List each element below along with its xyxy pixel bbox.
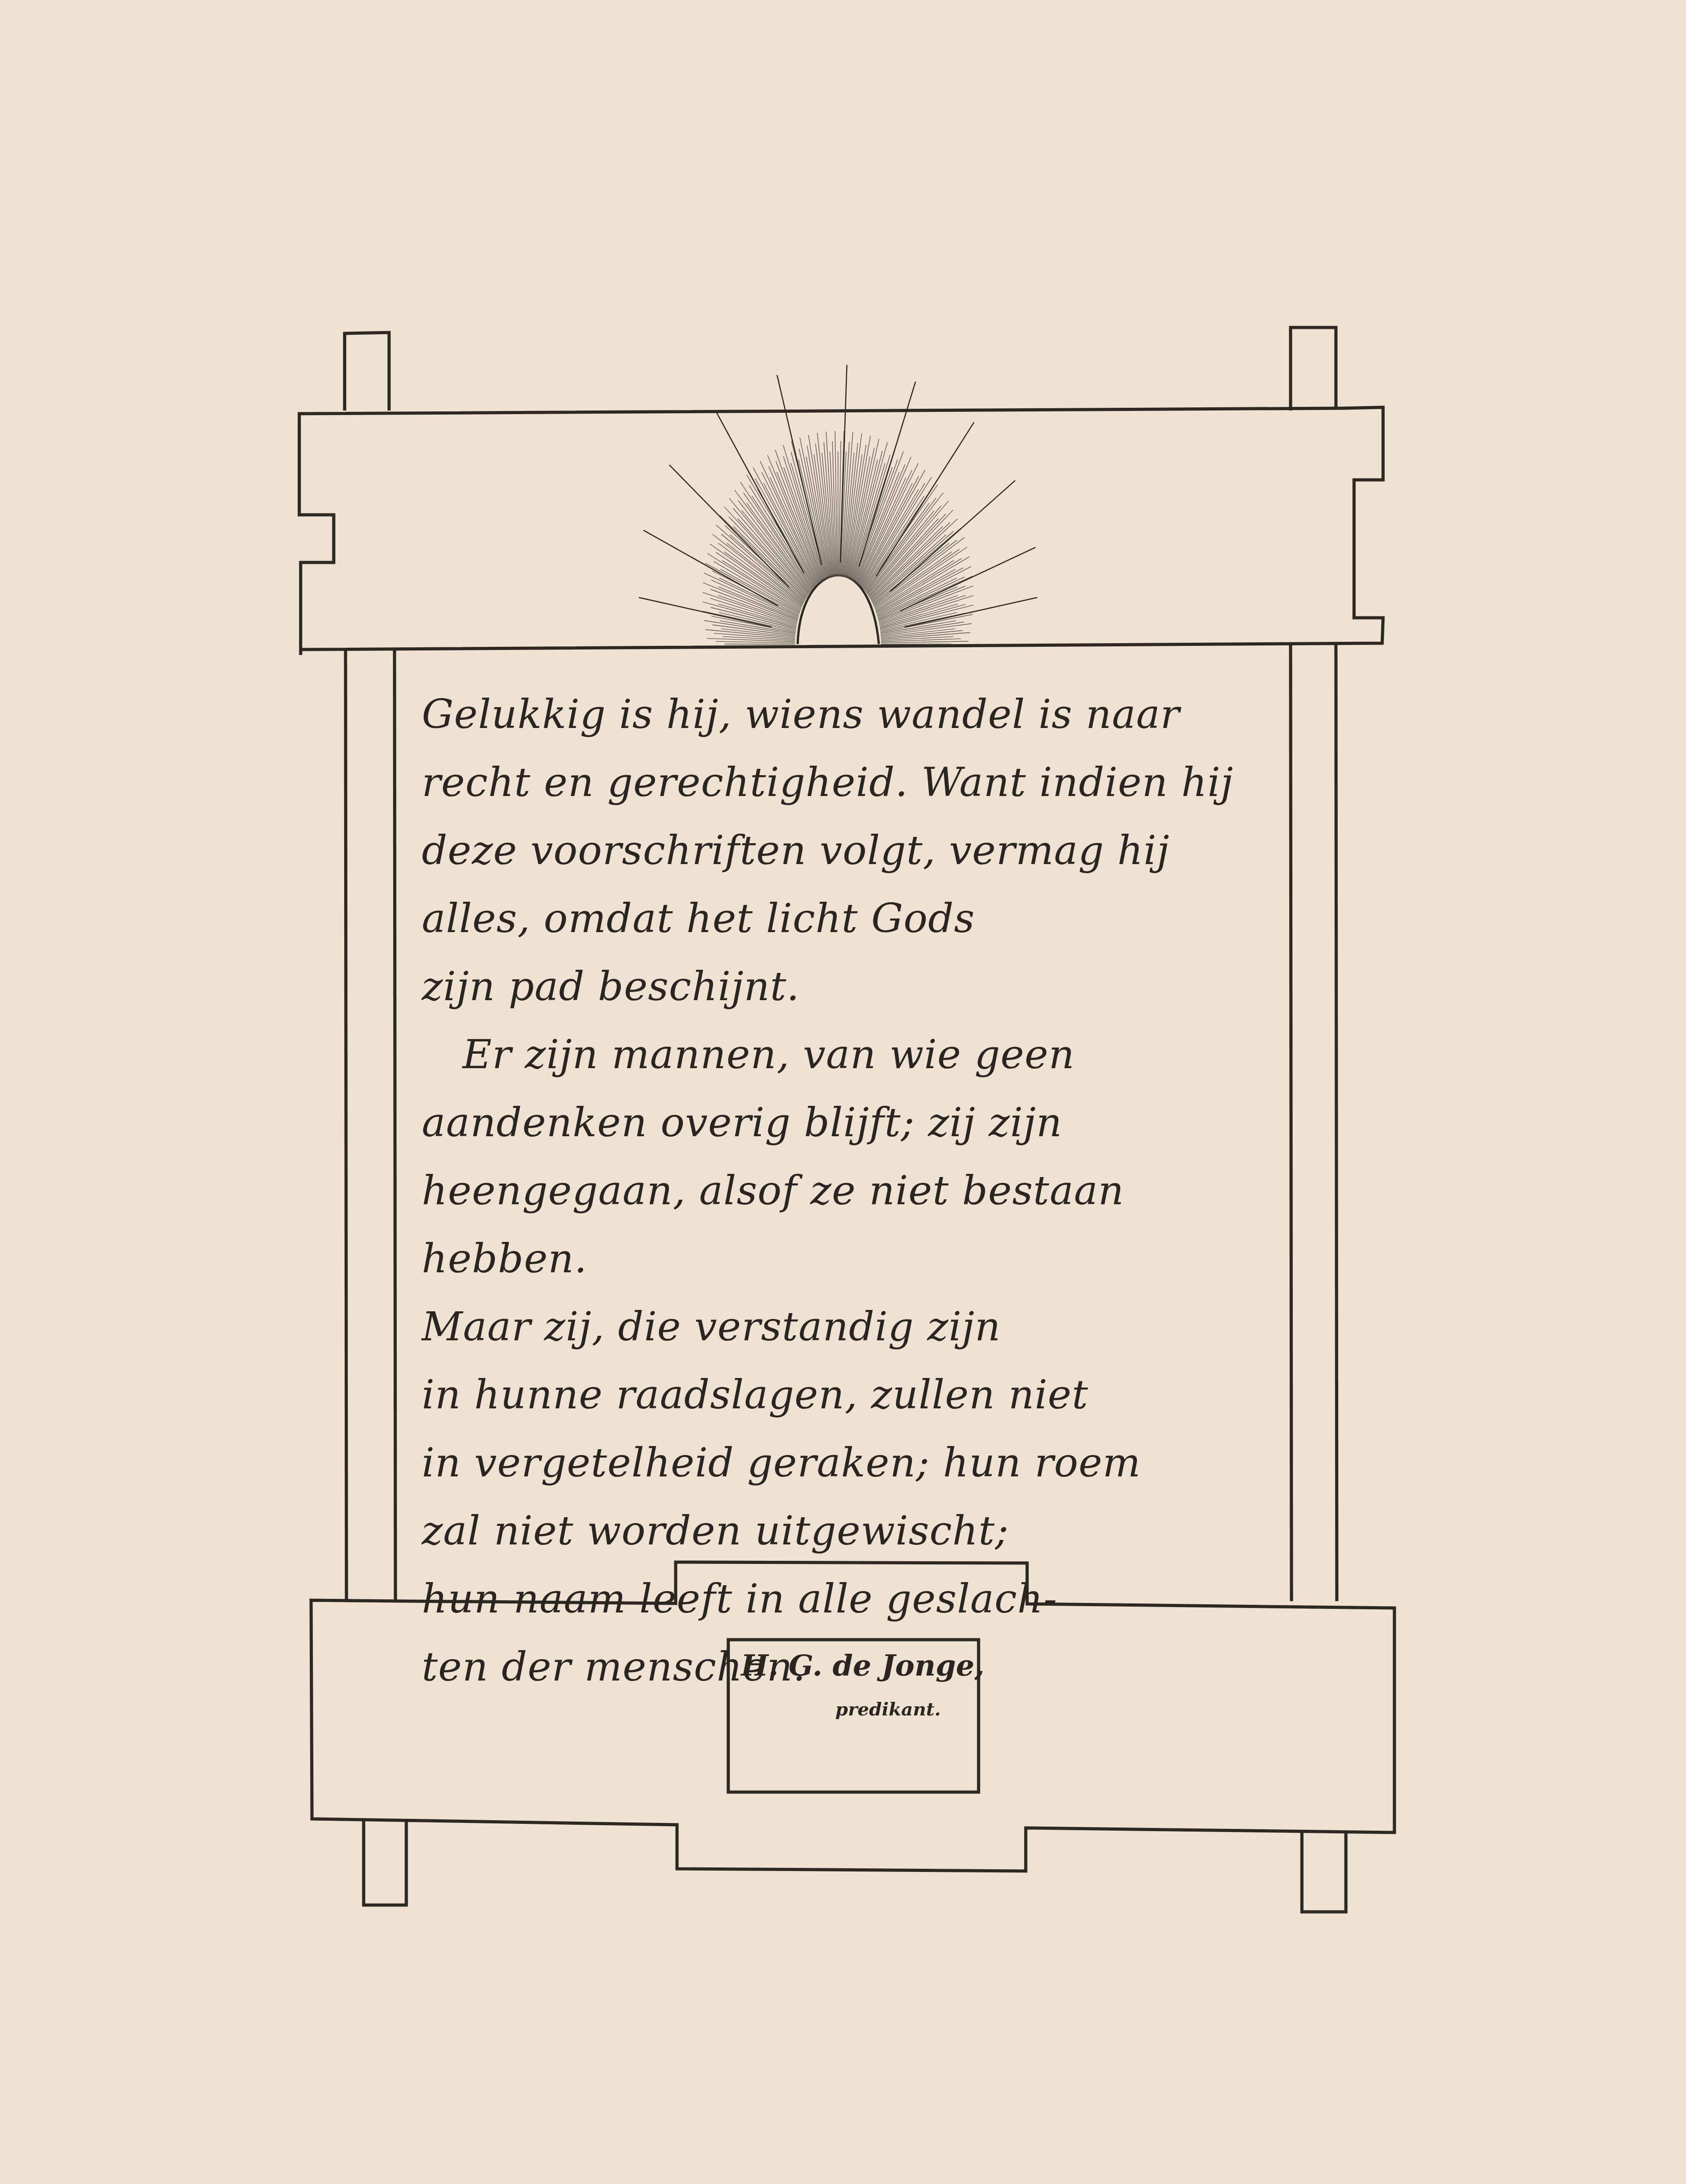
text-line: recht en gerechtigheid. Want indien hij: [422, 748, 1274, 816]
bottom-right-post: [1302, 1832, 1346, 1912]
text-line: aandenken overig blijft; zij zijn: [422, 1089, 1274, 1157]
text-line: hun naam leeft in alle geslach-: [422, 1565, 1274, 1633]
text-line: Maar zij, die verstandig zijn: [422, 1293, 1274, 1361]
text-line: Gelukkig is hij, wiens wandel is naar: [422, 680, 1274, 748]
rising-sun-rays-icon: [639, 365, 1038, 644]
text-line: zijn pad beschijnt.: [422, 953, 1274, 1021]
signature-block: H. G. de Jonge, predikant.: [728, 1640, 979, 1792]
text-line: alles, omdat het licht Gods: [422, 884, 1274, 953]
text-line: deze voorschriften volgt, vermag hij: [422, 816, 1274, 884]
text-line: in vergetelheid geraken; hun roem: [422, 1429, 1274, 1497]
top-left-post: [345, 332, 389, 410]
handwritten-text-panel: Gelukkig is hij, wiens wandel is naar re…: [422, 680, 1274, 1542]
text-line: in hunne raadslagen, zullen niet: [422, 1361, 1274, 1429]
text-line: hebben.: [422, 1225, 1274, 1293]
text-line: zal niet worden uitgewischt;: [422, 1497, 1274, 1565]
signature-name: H. G. de Jonge,: [741, 1649, 984, 1683]
right-frame-post: [1291, 643, 1337, 1601]
paper-sheet: Gelukkig is hij, wiens wandel is naar re…: [0, 0, 1686, 2184]
bottom-left-post: [364, 1820, 406, 1905]
signature-title: predikant.: [835, 1699, 941, 1720]
text-line: Er zijn mannen, van wie geen: [422, 1021, 1274, 1089]
text-line: heengegaan, alsof ze niet bestaan: [422, 1157, 1274, 1225]
top-right-post: [1291, 327, 1336, 410]
left-frame-post: [346, 650, 395, 1601]
